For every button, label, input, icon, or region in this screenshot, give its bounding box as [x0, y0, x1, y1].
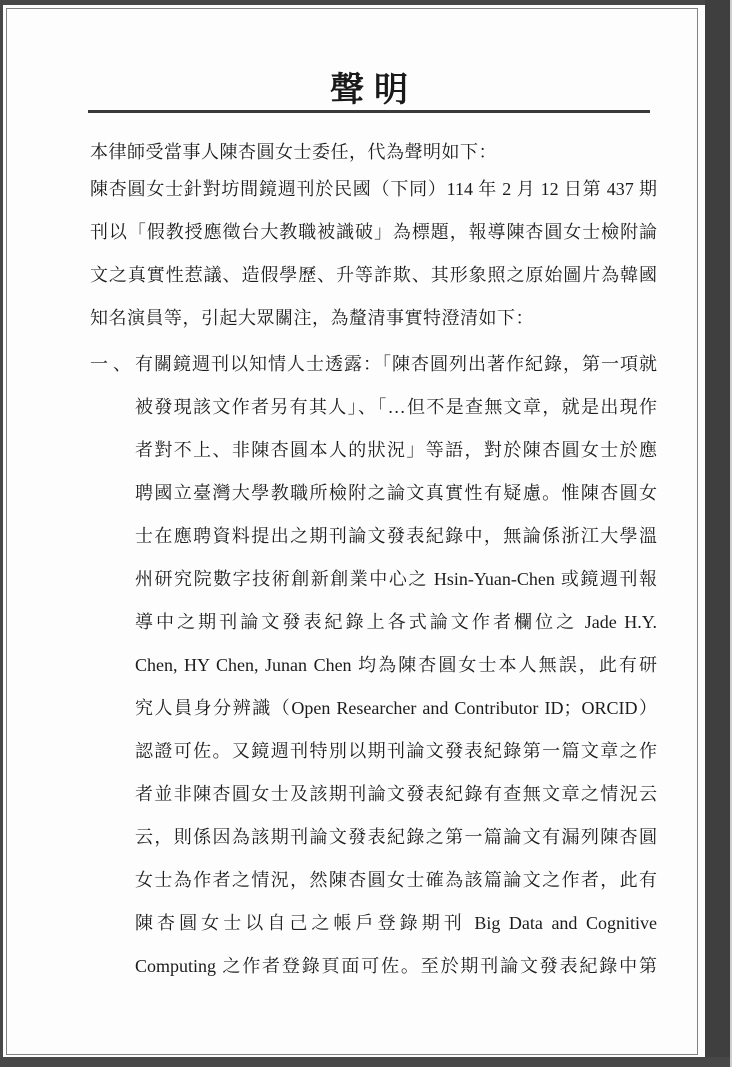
item-one-line: 州研究院數字技術創新創業中心之 Hsin-Yuan-Chen 或鏡週刊報	[135, 558, 657, 601]
item-one-line: 云，則係因為該期刊論文發表紀錄之第一篇論文有漏列陳杏圓	[135, 816, 657, 859]
item-one-line: 有關鏡週刊以知情人士透露：「陳杏圓列出著作紀錄，第一項就	[135, 343, 657, 386]
item-one-line: Chen, HY Chen, Junan Chen 均為陳杏圓女士本人無誤，此有…	[135, 644, 657, 687]
document-title: 聲明	[88, 62, 650, 111]
item-one-line: 被發現該文作者另有其人」、「…但不是查無文章，就是出現作	[135, 386, 657, 429]
page-border-bottom	[0, 1057, 730, 1067]
opening-line: 陳杏圓女士針對坊間鏡週刊於民國（下同）114 年 2 月 12 日第 437 期	[90, 168, 657, 211]
page-border-top	[0, 0, 732, 5]
item-one-paragraph: 有關鏡週刊以知情人士透露：「陳杏圓列出著作紀錄，第一項就 被發現該文作者另有其人…	[135, 343, 657, 988]
opening-line: 刊以「假教授應徵台大教職被識破」為標題，報導陳杏圓女士檢附論	[90, 211, 657, 254]
item-one-line: 者並非陳杏圓女士及該期刊論文發表紀錄有查無文章之情況云	[135, 773, 657, 816]
page-border-right	[705, 0, 730, 1067]
item-one-line: 究人員身分辨識（Open Researcher and Contributor …	[135, 687, 657, 730]
opening-line: 知名演員等，引起大眾關注，為釐清事實特澄清如下：	[90, 297, 657, 340]
item-one-line: 導中之期刊論文發表紀錄上各式論文作者欄位之 Jade H.Y.	[135, 601, 657, 644]
opening-line: 文之真實性惹議、造假學歷、升等詐欺、其形象照之原始圖片為韓國	[90, 254, 657, 297]
opening-paragraph: 陳杏圓女士針對坊間鏡週刊於民國（下同）114 年 2 月 12 日第 437 期…	[90, 168, 657, 340]
item-one-line: 聘國立臺灣大學教職所檢附之論文真實性有疑慮。惟陳杏圓女	[135, 472, 657, 515]
item-one-line: 者對不上、非陳杏圓本人的狀況」等語，對於陳杏圓女士於應	[135, 429, 657, 472]
item-one-label: 一、	[90, 343, 136, 386]
page-border-left	[0, 0, 3, 1064]
item-one-line: 陳杏圓女士以自己之帳戶登錄期刊 Big Data and Cognitive	[135, 902, 657, 945]
scanned-statement-page: 聲明 本律師受當事人陳杏圓女士委任，代為聲明如下： 陳杏圓女士針對坊間鏡週刊於民…	[0, 0, 732, 1070]
item-one-line: 認證可佐。又鏡週刊特別以期刊論文發表紀錄第一篇文章之作	[135, 730, 657, 773]
item-one-line: Computing 之作者登錄頁面可佐。至於期刊論文發表紀錄中第	[135, 945, 657, 988]
title-underline	[88, 110, 650, 113]
item-one-line: 女士為作者之情況，然陳杏圓女士確為該篇論文之作者，此有	[135, 859, 657, 902]
item-one-line: 士在應聘資料提出之期刊論文發表紀錄中，無論係浙江大學溫	[135, 515, 657, 558]
